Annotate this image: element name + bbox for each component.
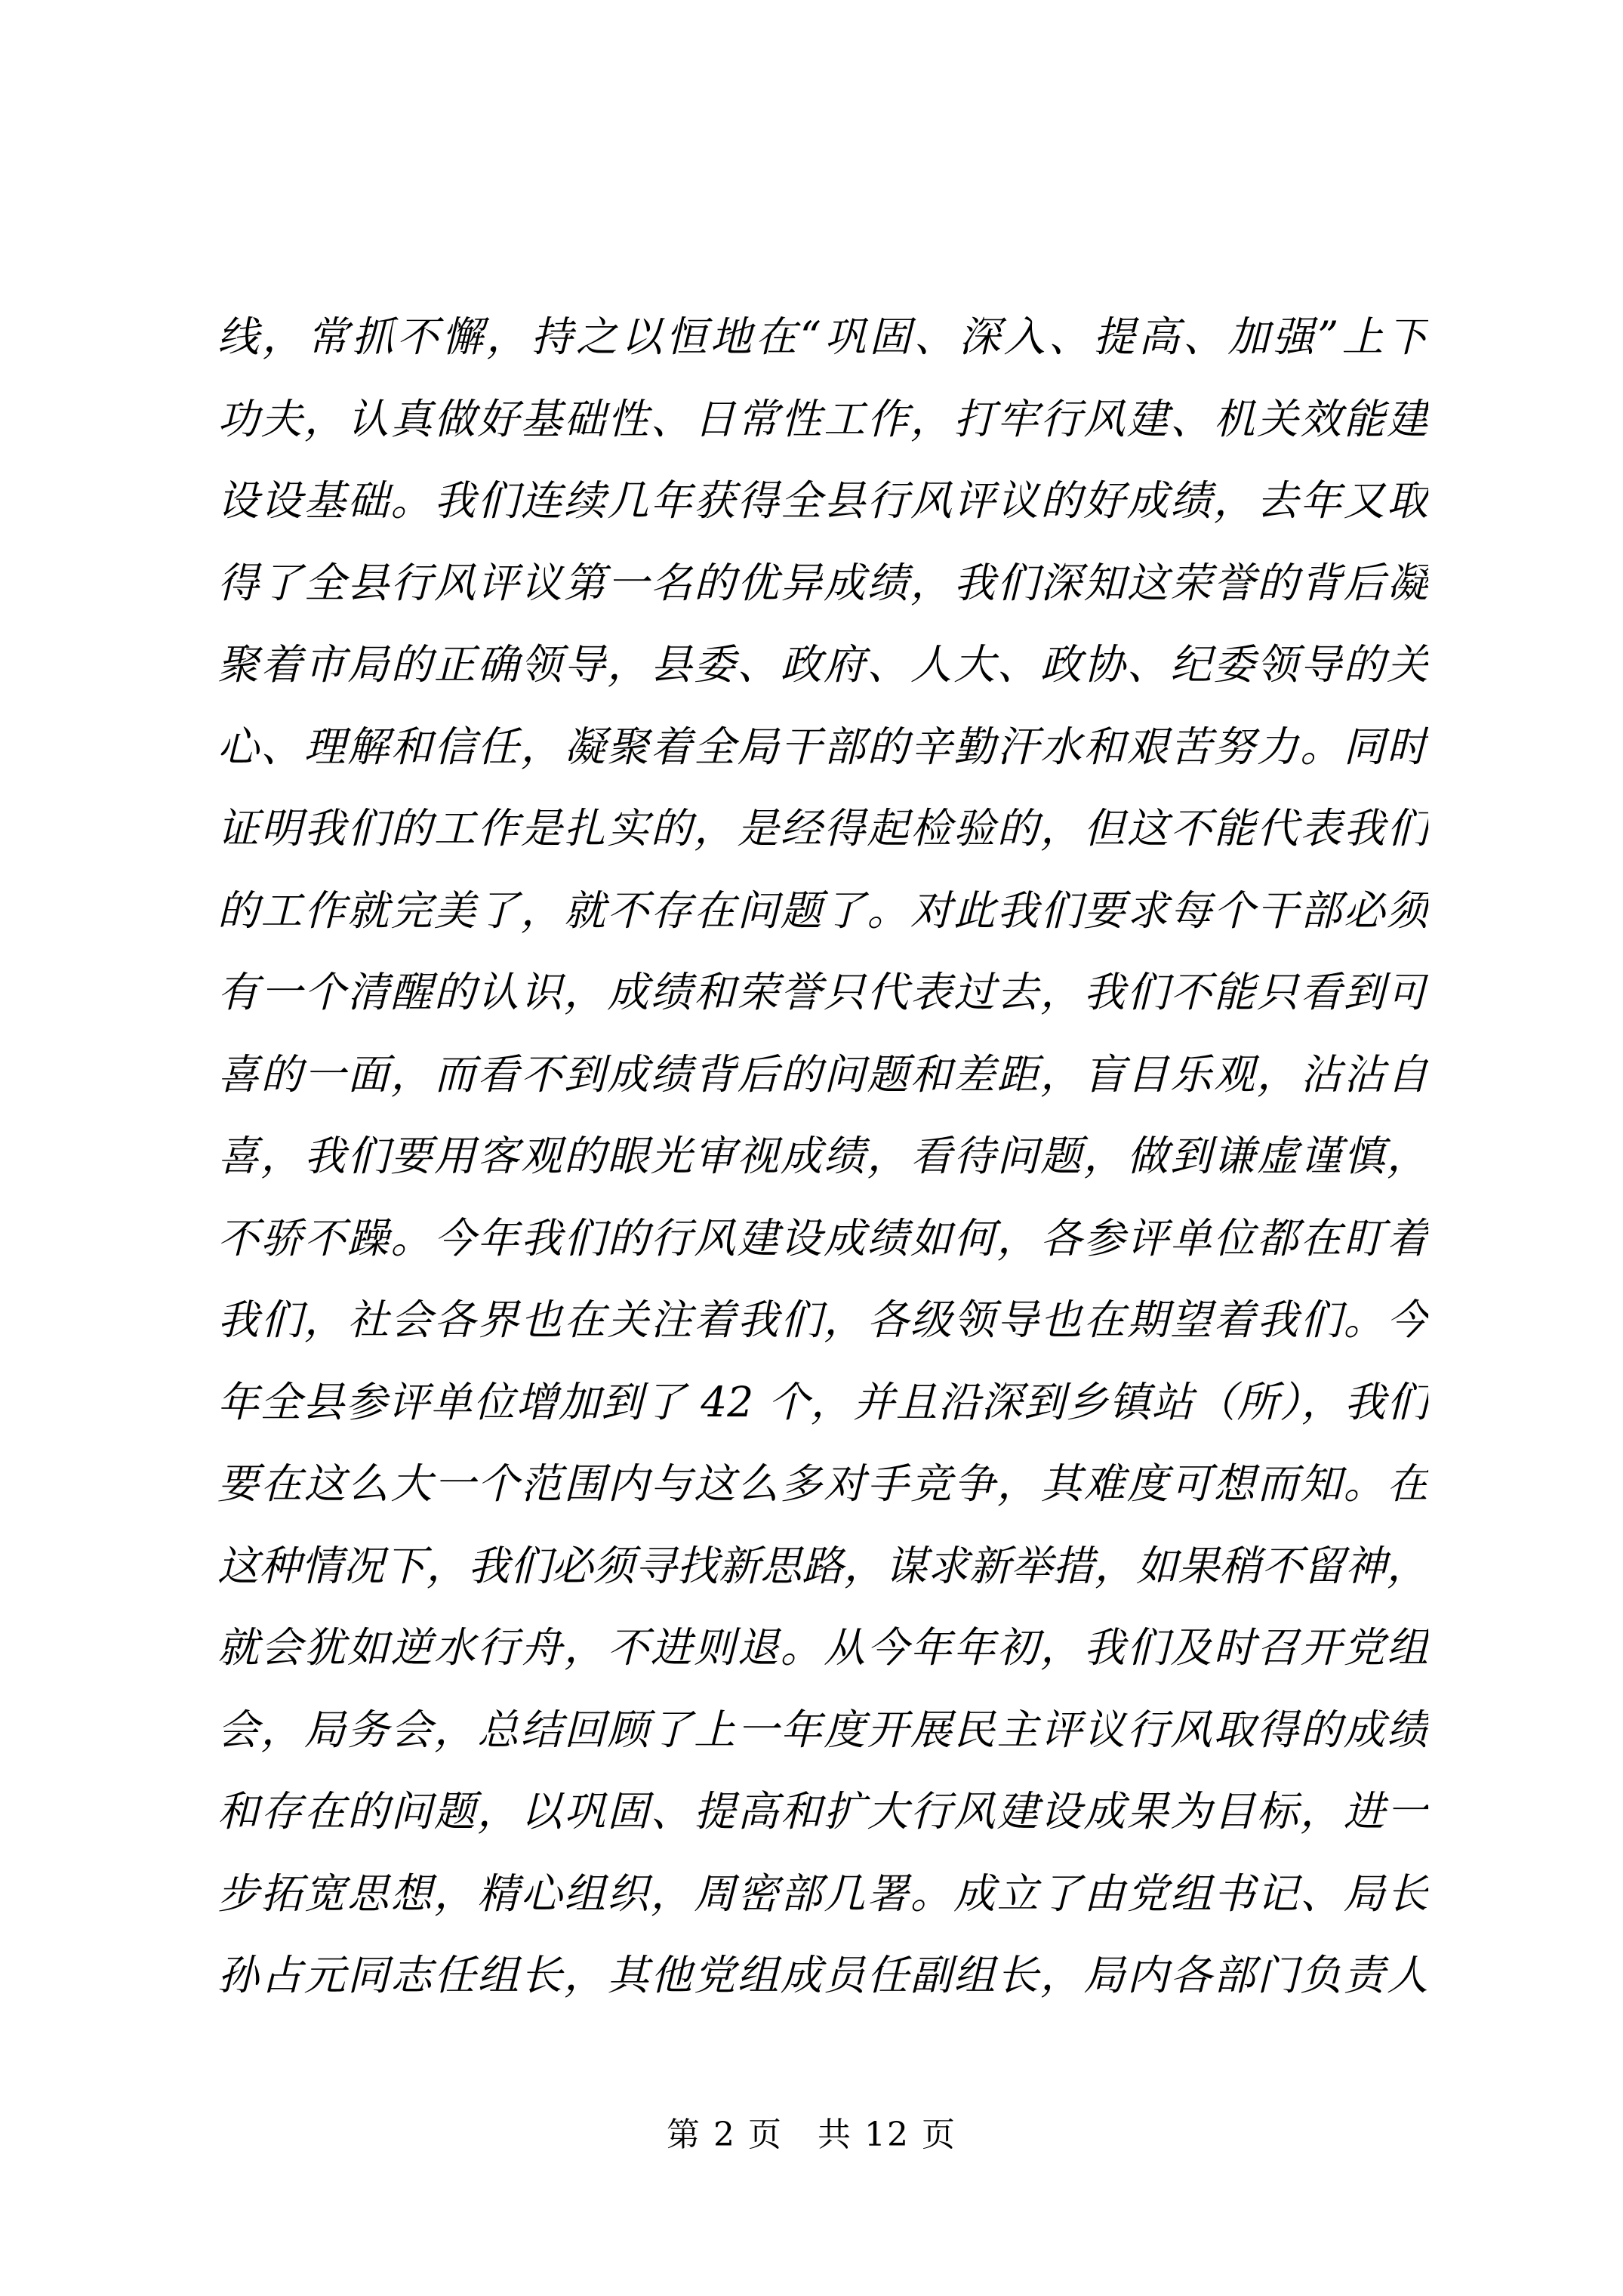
text-line: 年全县参评单位增加到了 42 个，并且沿深到乡镇站（所），我们 (217, 1361, 1428, 1444)
text-line: 线，常抓不懈，持之以恒地在“巩固、深入、提高、加强”上下 (217, 296, 1428, 378)
text-line: 和存在的问题，以巩固、提高和扩大行风建设成果为目标，进一 (217, 1771, 1428, 1853)
page-footer: 第 2 页 共 12 页 (38, 2113, 1585, 2158)
text-line: 功夫，认真做好基础性、日常性工作，打牢行风建、机关效能建 (217, 378, 1428, 461)
text-line: 不骄不躁。今年我们的行风建设成绩如何，各参评单位都在盯着 (217, 1197, 1428, 1280)
text-line: 孙占元同志任组长，其他党组成员任副组长，局内各部门负责人 (217, 1934, 1428, 2017)
text-line: 步拓宽思想，精心组织，周密部几署。成立了由党组书记、局长 (217, 1853, 1428, 1935)
text-line: 的工作就完美了，就不存在问题了。对此我们要求每个干部必须 (217, 870, 1428, 952)
text-line: 要在这么大一个范围内与这么多对手竞争，其难度可想而知。在 (217, 1443, 1428, 1525)
document-body: 线，常抓不懈，持之以恒地在“巩固、深入、提高、加强”上下功夫，认真做好基础性、日… (217, 296, 1428, 2017)
page-number-text: 第 2 页 共 12 页 (667, 2116, 956, 2154)
text-line: 心、理解和信任，凝聚着全局干部的辛勤汗水和艰苦努力。同时 (217, 706, 1428, 788)
text-line: 喜，我们要用客观的眼光审视成绩，看待问题，做到谦虚谨慎， (217, 1115, 1428, 1197)
text-line: 喜的一面，而看不到成绩背后的问题和差距，盲目乐观，沾沾自 (217, 1034, 1428, 1116)
text-line: 设设基础。我们连续几年获得全县行风评议的好成绩，去年又取 (217, 460, 1428, 542)
text-line: 有一个清醒的认识，成绩和荣誉只代表过去，我们不能只看到可 (217, 951, 1428, 1034)
text-line: 这种情况下，我们必须寻找新思路，谋求新举措，如果稍不留神， (217, 1525, 1428, 1607)
document-page: 线，常抓不懈，持之以恒地在“巩固、深入、提高、加强”上下功夫，认真做好基础性、日… (0, 0, 1623, 2296)
text-line: 得了全县行风评议第一名的优异成绩，我们深知这荣誉的背后凝 (217, 542, 1428, 624)
text-line: 就会犹如逆水行舟，不进则退。从今年年初，我们及时召开党组 (217, 1607, 1428, 1689)
text-line: 聚着市局的正确领导，县委、政府、人大、政协、纪委领导的关 (217, 624, 1428, 706)
text-line: 会，局务会，总结回顾了上一年度开展民主评议行风取得的成绩 (217, 1689, 1428, 1771)
text-line: 证明我们的工作是扎实的，是经得起检验的，但这不能代表我们 (217, 787, 1428, 870)
text-line: 我们，社会各界也在关注着我们，各级领导也在期望着我们。今 (217, 1279, 1428, 1361)
